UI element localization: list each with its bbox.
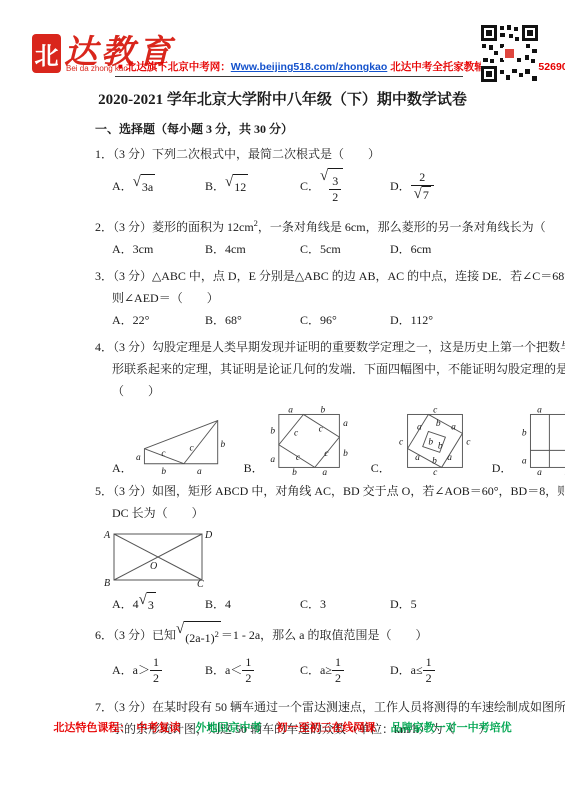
question-5: 5．（3 分）如图，矩形 ABCD 中，对角线 AC，BD 交于点 O，若∠AO… xyxy=(0,480,565,616)
denominator: √7 xyxy=(411,186,434,202)
option-a: A． √3a xyxy=(112,174,205,198)
numerator: 1 xyxy=(242,655,254,670)
page-title: 2020-2021 学年北京大学附中八年级（下）期中数学试卷 xyxy=(0,90,565,110)
sqrt-expression: √12 xyxy=(225,174,248,198)
denominator: 2 xyxy=(423,671,435,685)
question-options: A．22° B．68° C．96° D．112° xyxy=(112,309,565,331)
figure-label: c xyxy=(161,449,166,459)
option-b: B． √12 xyxy=(205,174,300,198)
denominator: 2 xyxy=(329,190,341,204)
question-stem: 1．（3 分）下列二次根式中，最简二次根式是（ ） xyxy=(95,143,565,165)
qr-code xyxy=(481,25,538,82)
radical-sign: √ xyxy=(225,175,233,190)
option-label: A． xyxy=(112,175,133,197)
radical-sign: √ xyxy=(320,169,328,184)
numerator: 2 xyxy=(411,170,434,185)
inner-square xyxy=(279,414,340,467)
figure-label: a xyxy=(343,419,348,429)
fraction: 12 xyxy=(423,655,435,685)
center-label: O xyxy=(150,561,157,572)
figure-label: c xyxy=(466,438,471,448)
figure-label: b xyxy=(320,406,325,416)
figure-label: c xyxy=(318,424,323,434)
question-options: A．3cm B．4cm C．5cm D．6cm xyxy=(112,238,565,260)
footer-item-4: 品牌家教一对一中考培优 xyxy=(391,722,512,734)
exam-content: 2020-2021 学年北京大学附中八年级（下）期中数学试卷 一、选择题（每小题… xyxy=(0,90,565,740)
figure-label: c xyxy=(433,468,438,475)
radical-sign: √ xyxy=(139,593,147,608)
option-a: A．3cm xyxy=(112,238,205,260)
outer-square xyxy=(531,414,565,467)
fraction: 12 xyxy=(332,655,344,685)
option-c: C．5cm xyxy=(300,238,390,260)
figure-label: c xyxy=(399,438,404,448)
question-stem: 2．（3 分）菱形的面积为 12cm2，一条对角线是 6cm，那么菱形的另一条对… xyxy=(95,212,565,238)
bullet-icon: ■ xyxy=(118,62,123,71)
sqrt-expression: √(2a-1)2 xyxy=(176,621,221,649)
option-label: D． xyxy=(390,175,411,197)
figure-label: b xyxy=(343,449,348,459)
question-2: 2．（3 分）菱形的面积为 12cm2，一条对角线是 6cm，那么菱形的另一条对… xyxy=(0,212,565,260)
option-c: C．3 xyxy=(300,593,390,615)
figure-label: a xyxy=(270,455,275,465)
question-4: 4．（3 分）勾股定理是人类早期发现并证明的重要数学定理之一，这是历史上第一个把… xyxy=(0,336,565,475)
brand-seal-logo: 北 xyxy=(32,34,61,73)
option-c: C． a≥ 12 xyxy=(300,655,390,685)
vertex-label: B xyxy=(104,578,110,587)
question-stem: 6．（3 分）已知 √(2a-1)2 ＝1 - 2a，那么 a 的取值范围是（ … xyxy=(95,621,565,649)
seal-character: 北 xyxy=(35,36,59,71)
option-d: D．112° xyxy=(390,309,433,331)
option-b: B．4 xyxy=(205,593,300,615)
inequality: a＞ xyxy=(133,659,150,681)
radical-sign: √ xyxy=(133,175,141,190)
option-label: C． xyxy=(371,461,391,475)
figure-label: a xyxy=(197,467,202,475)
question-options: A． √3a B． √12 C． √32 D． 2√7 xyxy=(112,165,565,207)
figure-label: a xyxy=(537,468,542,475)
option-label: A． xyxy=(112,593,133,615)
option-c: C． √32 xyxy=(300,168,390,204)
question-stem-line2: 形联系起来的定理，其证明是论证几何的发端．下面四幅图中，不能证明勾股定理的是 xyxy=(112,358,565,380)
question-options: A． a＞ 12 B． a＜ 12 C． a≥ 12 D． a≤ 12 xyxy=(112,649,565,691)
option-label: B． xyxy=(205,659,225,681)
question-stem-line2: DC 长为（ ） xyxy=(112,502,565,524)
option-b: B．4cm xyxy=(205,238,300,260)
option-c: C．96° xyxy=(300,309,390,331)
option-d: D． a≤ 12 xyxy=(390,655,435,685)
option-label: B． xyxy=(244,461,264,475)
option-label: B． xyxy=(205,175,225,197)
figure-label: b xyxy=(438,442,443,452)
numerator: 1 xyxy=(150,655,162,670)
radical-sign: √ xyxy=(414,187,422,202)
superscript: 2 xyxy=(215,629,219,639)
stem-text: ，一条对角线是 6cm，那么菱形的另一条对角线长为（ ） xyxy=(258,220,565,234)
figure-options-row: A． a c c b b a B． xyxy=(112,405,565,475)
denominator: 2 xyxy=(242,671,254,685)
figure-option-a: A． a c c b b a xyxy=(112,413,230,475)
option-label: C． xyxy=(300,175,320,197)
question-stem: 5．（3 分）如图，矩形 ABCD 中，对角线 AC，BD 交于点 O，若∠AO… xyxy=(95,480,565,502)
option-label: C． xyxy=(300,659,320,681)
option-a: A． 4 √3 xyxy=(112,592,205,616)
option-d: D．6cm xyxy=(390,238,431,260)
fraction: 12 xyxy=(242,655,254,685)
figure-label: a xyxy=(288,406,293,416)
pythagoras-chord-figure: c c c c a b a b b a b a xyxy=(392,405,478,475)
stem-text: 2．（3 分）菱形的面积为 12cm xyxy=(95,220,254,234)
option-d: D． 2√7 xyxy=(390,170,434,202)
figure-label: a xyxy=(537,406,542,416)
figure-option-d: D． a b b a b a a b xyxy=(492,405,565,475)
inequality: a＜ xyxy=(225,659,242,681)
vertex-label: C xyxy=(197,579,204,587)
sqrt-fraction: √32 xyxy=(320,168,343,204)
radicand: 32 xyxy=(328,168,343,204)
question-3: 3．（3 分）△ABC 中，点 D，E 分别是△ABC 的边 AB，AC 的中点… xyxy=(0,265,565,331)
option-b: B．68° xyxy=(205,309,300,331)
option-label: A． xyxy=(112,461,133,475)
figure-label: a xyxy=(522,457,527,467)
radicand: 3a xyxy=(141,174,155,198)
figure-label: a xyxy=(415,453,420,463)
footer-item-2: 外地回京中考 xyxy=(195,722,261,734)
vertex-label: D xyxy=(204,530,213,541)
option-a: A． a＞ 12 xyxy=(112,655,205,685)
question-stem-line3: （ ） xyxy=(112,380,565,402)
rectangle-diagonals-figure: A D B C O xyxy=(100,525,218,587)
site-link[interactable]: Www.beijing518.com/zhongkao xyxy=(231,61,388,73)
sqrt-expression: √3a xyxy=(133,174,156,198)
question-stem: 3．（3 分）△ABC 中，点 D，E 分别是△ABC 的边 AB，AC 的中点… xyxy=(95,265,565,287)
trapezoid xyxy=(144,421,217,464)
figure-label: b xyxy=(270,426,275,436)
radicand: 12 xyxy=(233,174,248,198)
stem-text: 6．（3 分）已知 xyxy=(95,624,176,646)
question-6: 6．（3 分）已知 √(2a-1)2 ＝1 - 2a，那么 a 的取值范围是（ … xyxy=(0,621,565,691)
figure-label: c xyxy=(189,444,194,454)
numerator: 1 xyxy=(423,655,435,670)
question-stem: 4．（3 分）勾股定理是人类早期发现并证明的重要数学定理之一，这是历史上第一个把… xyxy=(95,336,565,358)
numerator: 1 xyxy=(332,655,344,670)
figure-label: b xyxy=(292,468,297,475)
figure-label: a xyxy=(451,423,456,433)
numerator: 3 xyxy=(329,174,341,189)
figure-label: b xyxy=(220,440,225,450)
figure-label: a xyxy=(322,468,327,475)
footer-promo-line: 北达特色课程：中考复读 外地回京中考 初一至初三在线网课 品牌家教一对一中考培优 xyxy=(0,719,565,735)
question-options: A． 4 √3 B．4 C．3 D．5 xyxy=(112,592,565,616)
denominator: 2 xyxy=(332,671,344,685)
inequality: a≥ xyxy=(320,659,332,681)
figure-option-b: B． a b b a a b b a c c c xyxy=(244,405,357,475)
footer-item-1: 中考复读 xyxy=(136,722,180,734)
figure-label: b xyxy=(161,467,166,475)
stem-text: ＝1 - 2a，那么 a 的取值范围是（ ） xyxy=(221,624,428,646)
fraction: 2√7 xyxy=(411,170,434,202)
option-label: D． xyxy=(390,659,411,681)
section-heading: 一、选择题（每小题 3 分，共 30 分） xyxy=(95,121,565,138)
header-phone-label: 北达中考全托家教辅导：010-62526900 xyxy=(390,61,565,73)
figure-label: a xyxy=(447,453,452,463)
pythagoras-trapezoid-figure: a c c b b a xyxy=(134,413,230,475)
figure-label: b xyxy=(428,438,433,448)
radicand: 3 xyxy=(147,592,156,616)
header-divider xyxy=(115,76,463,77)
option-d: D．5 xyxy=(390,593,417,615)
figure-label: a xyxy=(417,423,422,433)
outer-square xyxy=(279,414,340,467)
figure-option-c: C． c c c c a b a b b a xyxy=(371,405,478,475)
option-label: D． xyxy=(492,461,513,475)
pythagoras-inscribed-square-figure: a b b a a b b a c c c c xyxy=(265,405,357,475)
partitioned-square-figure: a b b a b a a b xyxy=(513,405,565,475)
footer-label: 北达特色课程： xyxy=(53,722,130,734)
figure-label: c xyxy=(294,428,299,438)
figure-label: b xyxy=(522,428,527,438)
option-b: B． a＜ 12 xyxy=(205,655,300,685)
question-stem-line2: 则∠AED＝（ ） xyxy=(112,287,565,309)
inequality: a≤ xyxy=(411,659,423,681)
footer-item-3: 初一至初三在线网课 xyxy=(277,722,376,734)
exam-page: 北 达教育 Bei da zhong kao ■ 北达旗下北京中考网：Www.b… xyxy=(0,0,565,797)
radical-sign: √ xyxy=(176,622,184,637)
vertex-label: A xyxy=(103,530,111,541)
radicand: (2a-1)2 xyxy=(184,621,221,649)
figure-label: a xyxy=(136,453,141,463)
figure-label: b xyxy=(432,457,437,467)
question-1: 1．（3 分）下列二次根式中，最简二次根式是（ ） A． √3a B． √12 … xyxy=(0,143,565,207)
sqrt-expression: √3 xyxy=(139,592,156,616)
option-label: A． xyxy=(112,659,133,681)
fraction: 12 xyxy=(150,655,162,685)
header-site-label: 北达旗下北京中考网： xyxy=(126,61,231,73)
denominator: 2 xyxy=(150,671,162,685)
question-stem: 7．（3 分）在某时段有 50 辆车通过一个雷达测速点，工作人员将测得的车速绘制… xyxy=(95,696,565,718)
radicand: 7 xyxy=(422,186,431,202)
figure-label: b xyxy=(436,419,441,429)
option-a: A．22° xyxy=(112,309,205,331)
